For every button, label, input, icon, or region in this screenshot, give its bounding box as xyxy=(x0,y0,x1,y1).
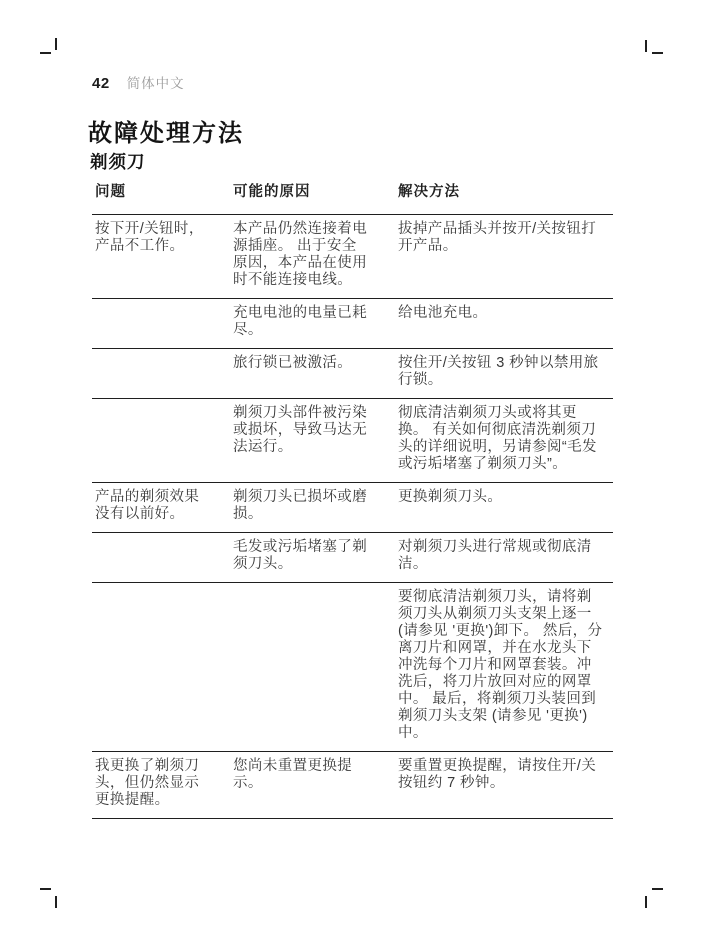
cell-solution: 给电池充电。 xyxy=(390,299,613,349)
table-row: 按下开/关钮时，产品不工作。 本产品仍然连接着电源插座。 出于安全原因，本产品在… xyxy=(92,215,613,299)
cell-problem: 产品的剃须效果没有以前好。 xyxy=(92,483,232,533)
crop-mark-bottom-left-h xyxy=(40,888,51,890)
cell-problem xyxy=(92,533,232,583)
cell-cause: 充电电池的电量已耗尽。 xyxy=(232,299,390,349)
section-title-shaver: 剃须刀 xyxy=(90,149,146,174)
crop-mark-bottom-right-h xyxy=(652,888,663,890)
crop-mark-bottom-left-v xyxy=(55,896,57,908)
cell-solution: 对剃须刀头进行常规或彻底清洁。 xyxy=(390,533,613,583)
cell-cause: 剃须刀头已损坏或磨损。 xyxy=(232,483,390,533)
table-row: 充电电池的电量已耗尽。 给电池充电。 xyxy=(92,299,613,349)
cell-cause: 剃须刀头部件被污染或损坏，导致马达无法运行。 xyxy=(232,399,390,483)
cell-cause xyxy=(232,583,390,752)
cell-solution: 彻底清洁剃须刀头或将其更换。 有关如何彻底清洗剃须刀头的详细说明，另请参阅“毛发… xyxy=(390,399,613,483)
cell-problem: 我更换了剃须刀头，但仍然显示更换提醒。 xyxy=(92,752,232,819)
running-header: 42 简体中文 xyxy=(92,72,185,92)
cell-problem xyxy=(92,299,232,349)
page-number: 42 xyxy=(92,75,110,92)
table-header-row: 问题 可能的原因 解决方法 xyxy=(92,180,613,215)
cell-problem: 按下开/关钮时，产品不工作。 xyxy=(92,215,232,299)
table-row: 产品的剃须效果没有以前好。 剃须刀头已损坏或磨损。 更换剃须刀头。 xyxy=(92,483,613,533)
manual-page: 42 简体中文 故障处理方法 剃须刀 问题 可能的原因 解决方法 按下开/关钮时… xyxy=(0,0,703,947)
cell-cause: 旅行锁已被激活。 xyxy=(232,349,390,399)
column-header-problem: 问题 xyxy=(92,180,232,215)
crop-mark-top-right-h xyxy=(652,52,663,54)
cell-cause: 本产品仍然连接着电源插座。 出于安全原因，本产品在使用时不能连接电线。 xyxy=(232,215,390,299)
cell-cause: 您尚未重置更换提示。 xyxy=(232,752,390,819)
table-row: 要彻底清洁剃须刀头，请将剃须刀头从剃须刀头支架上逐一(请参见 '更换')卸下。 … xyxy=(92,583,613,752)
cell-problem xyxy=(92,583,232,752)
column-header-cause: 可能的原因 xyxy=(232,180,390,215)
table-row: 旅行锁已被激活。 按住开/关按钮 3 秒钟以禁用旅行锁。 xyxy=(92,349,613,399)
column-header-solution: 解决方法 xyxy=(390,180,613,215)
cell-solution: 要彻底清洁剃须刀头，请将剃须刀头从剃须刀头支架上逐一(请参见 '更换')卸下。 … xyxy=(390,583,613,752)
cell-solution: 更换剃须刀头。 xyxy=(390,483,613,533)
cell-solution: 拔掉产品插头并按开/关按钮打开产品。 xyxy=(390,215,613,299)
language-label: 简体中文 xyxy=(127,72,185,92)
cell-cause: 毛发或污垢堵塞了剃须刀头。 xyxy=(232,533,390,583)
cell-problem xyxy=(92,349,232,399)
table-row: 我更换了剃须刀头，但仍然显示更换提醒。 您尚未重置更换提示。 要重置更换提醒，请… xyxy=(92,752,613,819)
cell-solution: 按住开/关按钮 3 秒钟以禁用旅行锁。 xyxy=(390,349,613,399)
crop-mark-top-right-v xyxy=(645,40,647,52)
table-row: 毛发或污垢堵塞了剃须刀头。 对剃须刀头进行常规或彻底清洁。 xyxy=(92,533,613,583)
crop-mark-top-left-v xyxy=(55,38,57,50)
page-title: 故障处理方法 xyxy=(88,113,244,148)
crop-mark-top-left-h xyxy=(40,52,51,54)
troubleshooting-table: 问题 可能的原因 解决方法 按下开/关钮时，产品不工作。 本产品仍然连接着电源插… xyxy=(92,180,613,819)
crop-mark-bottom-right-v xyxy=(645,896,647,908)
table-row: 剃须刀头部件被污染或损坏，导致马达无法运行。 彻底清洁剃须刀头或将其更换。 有关… xyxy=(92,399,613,483)
cell-solution: 要重置更换提醒，请按住开/关按钮约 7 秒钟。 xyxy=(390,752,613,819)
cell-problem xyxy=(92,399,232,483)
